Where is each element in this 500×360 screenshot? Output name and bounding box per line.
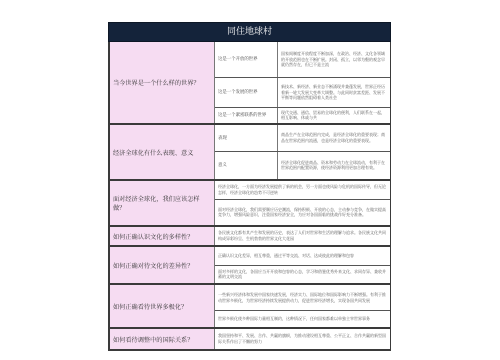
sub-rows: 经济全球化，一方面为经济发展提供了新的机会，另一方面也使风险与危机的国际传导，但… xyxy=(215,181,390,225)
table-row: 面对经济全球化，我们应该怎样做？经济全球化，一方面为经济发展提供了新的机会，另一… xyxy=(108,181,391,227)
answer-cell: 经济全球化促进商品、资本和劳动力在全球流动，有利于在世界范围内配置资源，使经济资… xyxy=(278,152,390,179)
table-row: 当今世界是一个什么样的世界？这是一个开放的世界国家间制度开放程度不断加深，在政治… xyxy=(108,42,391,125)
page-title: 同住地球村 xyxy=(108,22,391,42)
rows-container: 当今世界是一个什么样的世界？这是一个开放的世界国家间制度开放程度不断加深，在政治… xyxy=(108,42,391,351)
aspect-cell: 意义 xyxy=(215,152,278,179)
question-cell: 如何看待调整中的国际关系？ xyxy=(110,329,215,349)
aspect-cell: 这是一个开放的世界 xyxy=(215,42,278,77)
aspect-cell: 这是一个发展的世界 xyxy=(215,78,278,107)
answer-cell: 现代交通、通信、贸易的全球化的便利，人们联系在一起，相互影响、休戚与共 xyxy=(278,108,390,123)
sub-rows: 我国坚持和平、发展、合作、共赢的旗帜，为推动建设相互尊重、公平正义、合作共赢的新… xyxy=(215,329,390,349)
answer-cell: 经济全球化，一方面为经济发展提供了新的机会，另一方面也使风险与危机的国际传导，但… xyxy=(215,181,390,199)
question-cell: 当今世界是一个什么样的世界？ xyxy=(110,42,215,123)
question-cell: 如何正确认识文化的多样性？ xyxy=(110,227,215,245)
sub-row: 这是一个开放的世界国家间制度开放程度不断加深，在政治、经济、文化各领域的开放范围… xyxy=(215,42,390,78)
table-row: 如何正确看待世界多极化？一些新兴经济体和发展中国家快速发展，经济实力、国际地位和… xyxy=(108,285,391,329)
answer-cell: 各民族文化都有其产生和发展的历史，表达了人们对世界和生活的理解与追求。各民族文化… xyxy=(215,227,390,245)
question-cell: 如何正确看待世界多极化？ xyxy=(110,285,215,327)
answer-cell: 国家间制度开放程度不断加深，在政治、经济、文化各领域的开放范围也在不断扩展。封闭… xyxy=(278,42,390,77)
question-cell: 经济全球化有什么表现、意义 xyxy=(110,125,215,179)
table-row: 如何正确对待文化的差异性？正确认识文化差异，相互尊重，通过平等交流、对话、达成彼… xyxy=(108,247,391,285)
answer-cell: 正确认识文化差异，相互尊重，通过平等交流、对话、达成彼此的理解和包容 xyxy=(215,247,390,265)
answer-cell: 面对经济全球化，我们需要顺应历史潮流，保持积极、开放的心态，主动参与竞争，在做实… xyxy=(215,200,390,225)
question-cell: 面对经济全球化，我们应该怎样做？ xyxy=(110,181,215,225)
sub-row: 正确认识文化差异，相互尊重，通过平等交流、对话、达成彼此的理解和包容 xyxy=(215,247,390,266)
sub-row: 各民族文化都有其产生和发展的历史，表达了人们对世界和生活的理解与追求。各民族文化… xyxy=(215,227,390,245)
aspect-cell: 表现 xyxy=(215,125,278,151)
sub-row: 世界多极化使多种国际力量相互制约，这种情况下，任何国家都难以单独主宰世界事务 xyxy=(215,311,390,327)
sub-rows: 正确认识文化差异，相互尊重，通过平等交流、对话、达成彼此的理解和包容面对多样的文… xyxy=(215,247,390,283)
sub-row: 我国坚持和平、发展、合作、共赢的旗帜，为推动建设相互尊重、公平正义、合作共赢的新… xyxy=(215,329,390,349)
answer-cell: 新技术、新经济、新业态不断涌现并兼蓬发展，世界正经历着新一轮大发展大变革大调整。… xyxy=(278,78,390,107)
sub-row: 表现商品生产在全球范围内完成，是经济全球化的重要表现；商品在世界范围内流通，也是… xyxy=(215,125,390,152)
sub-row: 这是一个紧密联系的世界现代交通、通信、贸易的全球化的便利，人们联系在一起，相互影… xyxy=(215,108,390,123)
sub-row: 一些新兴经济体和发展中国家快速发展，经济实力、国际地位和国际影响力不断增强。有利… xyxy=(215,285,390,311)
answer-cell: 我国坚持和平、发展、合作、共赢的旗帜，为推动建设相互尊重、公平正义、合作共赢的新… xyxy=(215,329,390,349)
table-row: 如何正确认识文化的多样性？各民族文化都有其产生和发展的历史，表达了人们对世界和生… xyxy=(108,227,391,247)
sub-row: 面对经济全球化，我们需要顺应历史潮流，保持积极、开放的心态，主动参与竞争，在做实… xyxy=(215,200,390,225)
sub-row: 面对多样的文化，各国应当开开放和包容的心态，学习和借鉴优秀外来文化、求同存异、兼… xyxy=(215,266,390,284)
answer-cell: 商品生产在全球范围内完成，是经济全球化的重要表现；商品在世界范围内流通，也是经济… xyxy=(278,125,390,151)
answer-cell: 面对多样的文化，各国应当开开放和包容的心态，学习和借鉴优秀外来文化、求同存异、兼… xyxy=(215,266,390,284)
sub-row: 这是一个发展的世界新技术、新经济、新业态不断涌现并兼蓬发展，世界正经历着新一轮大… xyxy=(215,78,390,108)
answer-cell: 世界多极化使多种国际力量相互制约，这种情况下，任何国家都难以单独主宰世界事务 xyxy=(215,311,390,327)
table-row: 如何看待调整中的国际关系？我国坚持和平、发展、合作、共赢的旗帜，为推动建设相互尊… xyxy=(108,329,391,351)
sub-rows: 各民族文化都有其产生和发展的历史，表达了人们对世界和生活的理解与追求。各民族文化… xyxy=(215,227,390,245)
sub-row: 经济全球化，一方面为经济发展提供了新的机会，另一方面也使风险与危机的国际传导，但… xyxy=(215,181,390,200)
question-cell: 如何正确对待文化的差异性？ xyxy=(110,247,215,283)
table-row: 经济全球化有什么表现、意义表现商品生产在全球范围内完成，是经济全球化的重要表现；… xyxy=(108,125,391,181)
sub-rows: 这是一个开放的世界国家间制度开放程度不断加深，在政治、经济、文化各领域的开放范围… xyxy=(215,42,390,123)
sub-rows: 一些新兴经济体和发展中国家快速发展，经济实力、国际地位和国际影响力不断增强。有利… xyxy=(215,285,390,327)
aspect-cell: 这是一个紧密联系的世界 xyxy=(215,108,278,123)
answer-cell: 一些新兴经济体和发展中国家快速发展，经济实力、国际地位和国际影响力不断增强。有利… xyxy=(215,285,390,310)
mindmap-table: 同住地球村 当今世界是一个什么样的世界？这是一个开放的世界国家间制度开放程度不断… xyxy=(108,22,391,351)
sub-row: 意义经济全球化促进商品、资本和劳动力在全球流动，有利于在世界范围内配置资源，使经… xyxy=(215,152,390,179)
sub-rows: 表现商品生产在全球范围内完成，是经济全球化的重要表现；商品在世界范围内流通，也是… xyxy=(215,125,390,179)
